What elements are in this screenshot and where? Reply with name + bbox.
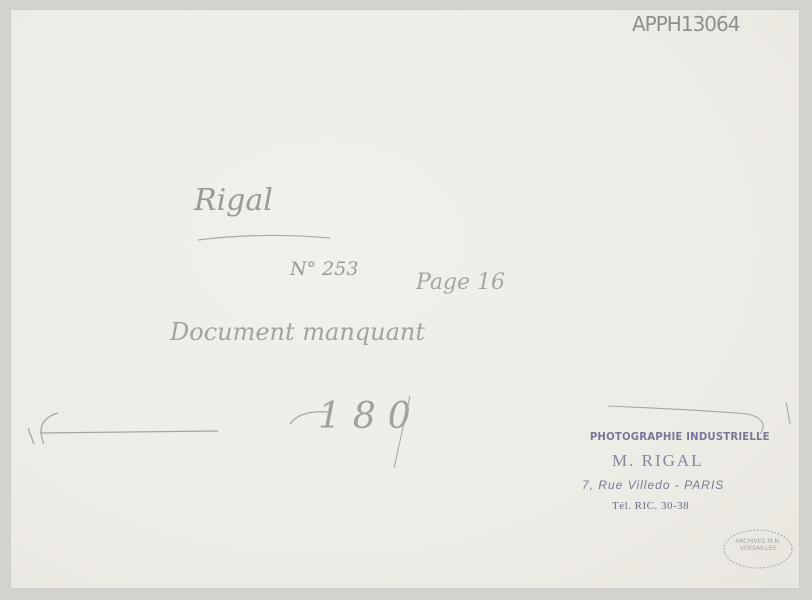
stamp-line-4: Tél. RIC. 30-38 (612, 500, 689, 512)
archive-seal-text: ARCHIVES M.N. VERSAILLES (730, 538, 786, 552)
stamp-line-1: PHOTOGRAPHIE INDUSTRIELLE (590, 430, 770, 443)
pencil-marks (0, 0, 812, 600)
stamp-line-2: M. RIGAL (612, 451, 704, 471)
stamp-line-3: 7, Rue Villedo - PARIS (582, 478, 724, 492)
arrow-head-icon (41, 413, 58, 444)
arrow-line-icon (40, 431, 218, 433)
